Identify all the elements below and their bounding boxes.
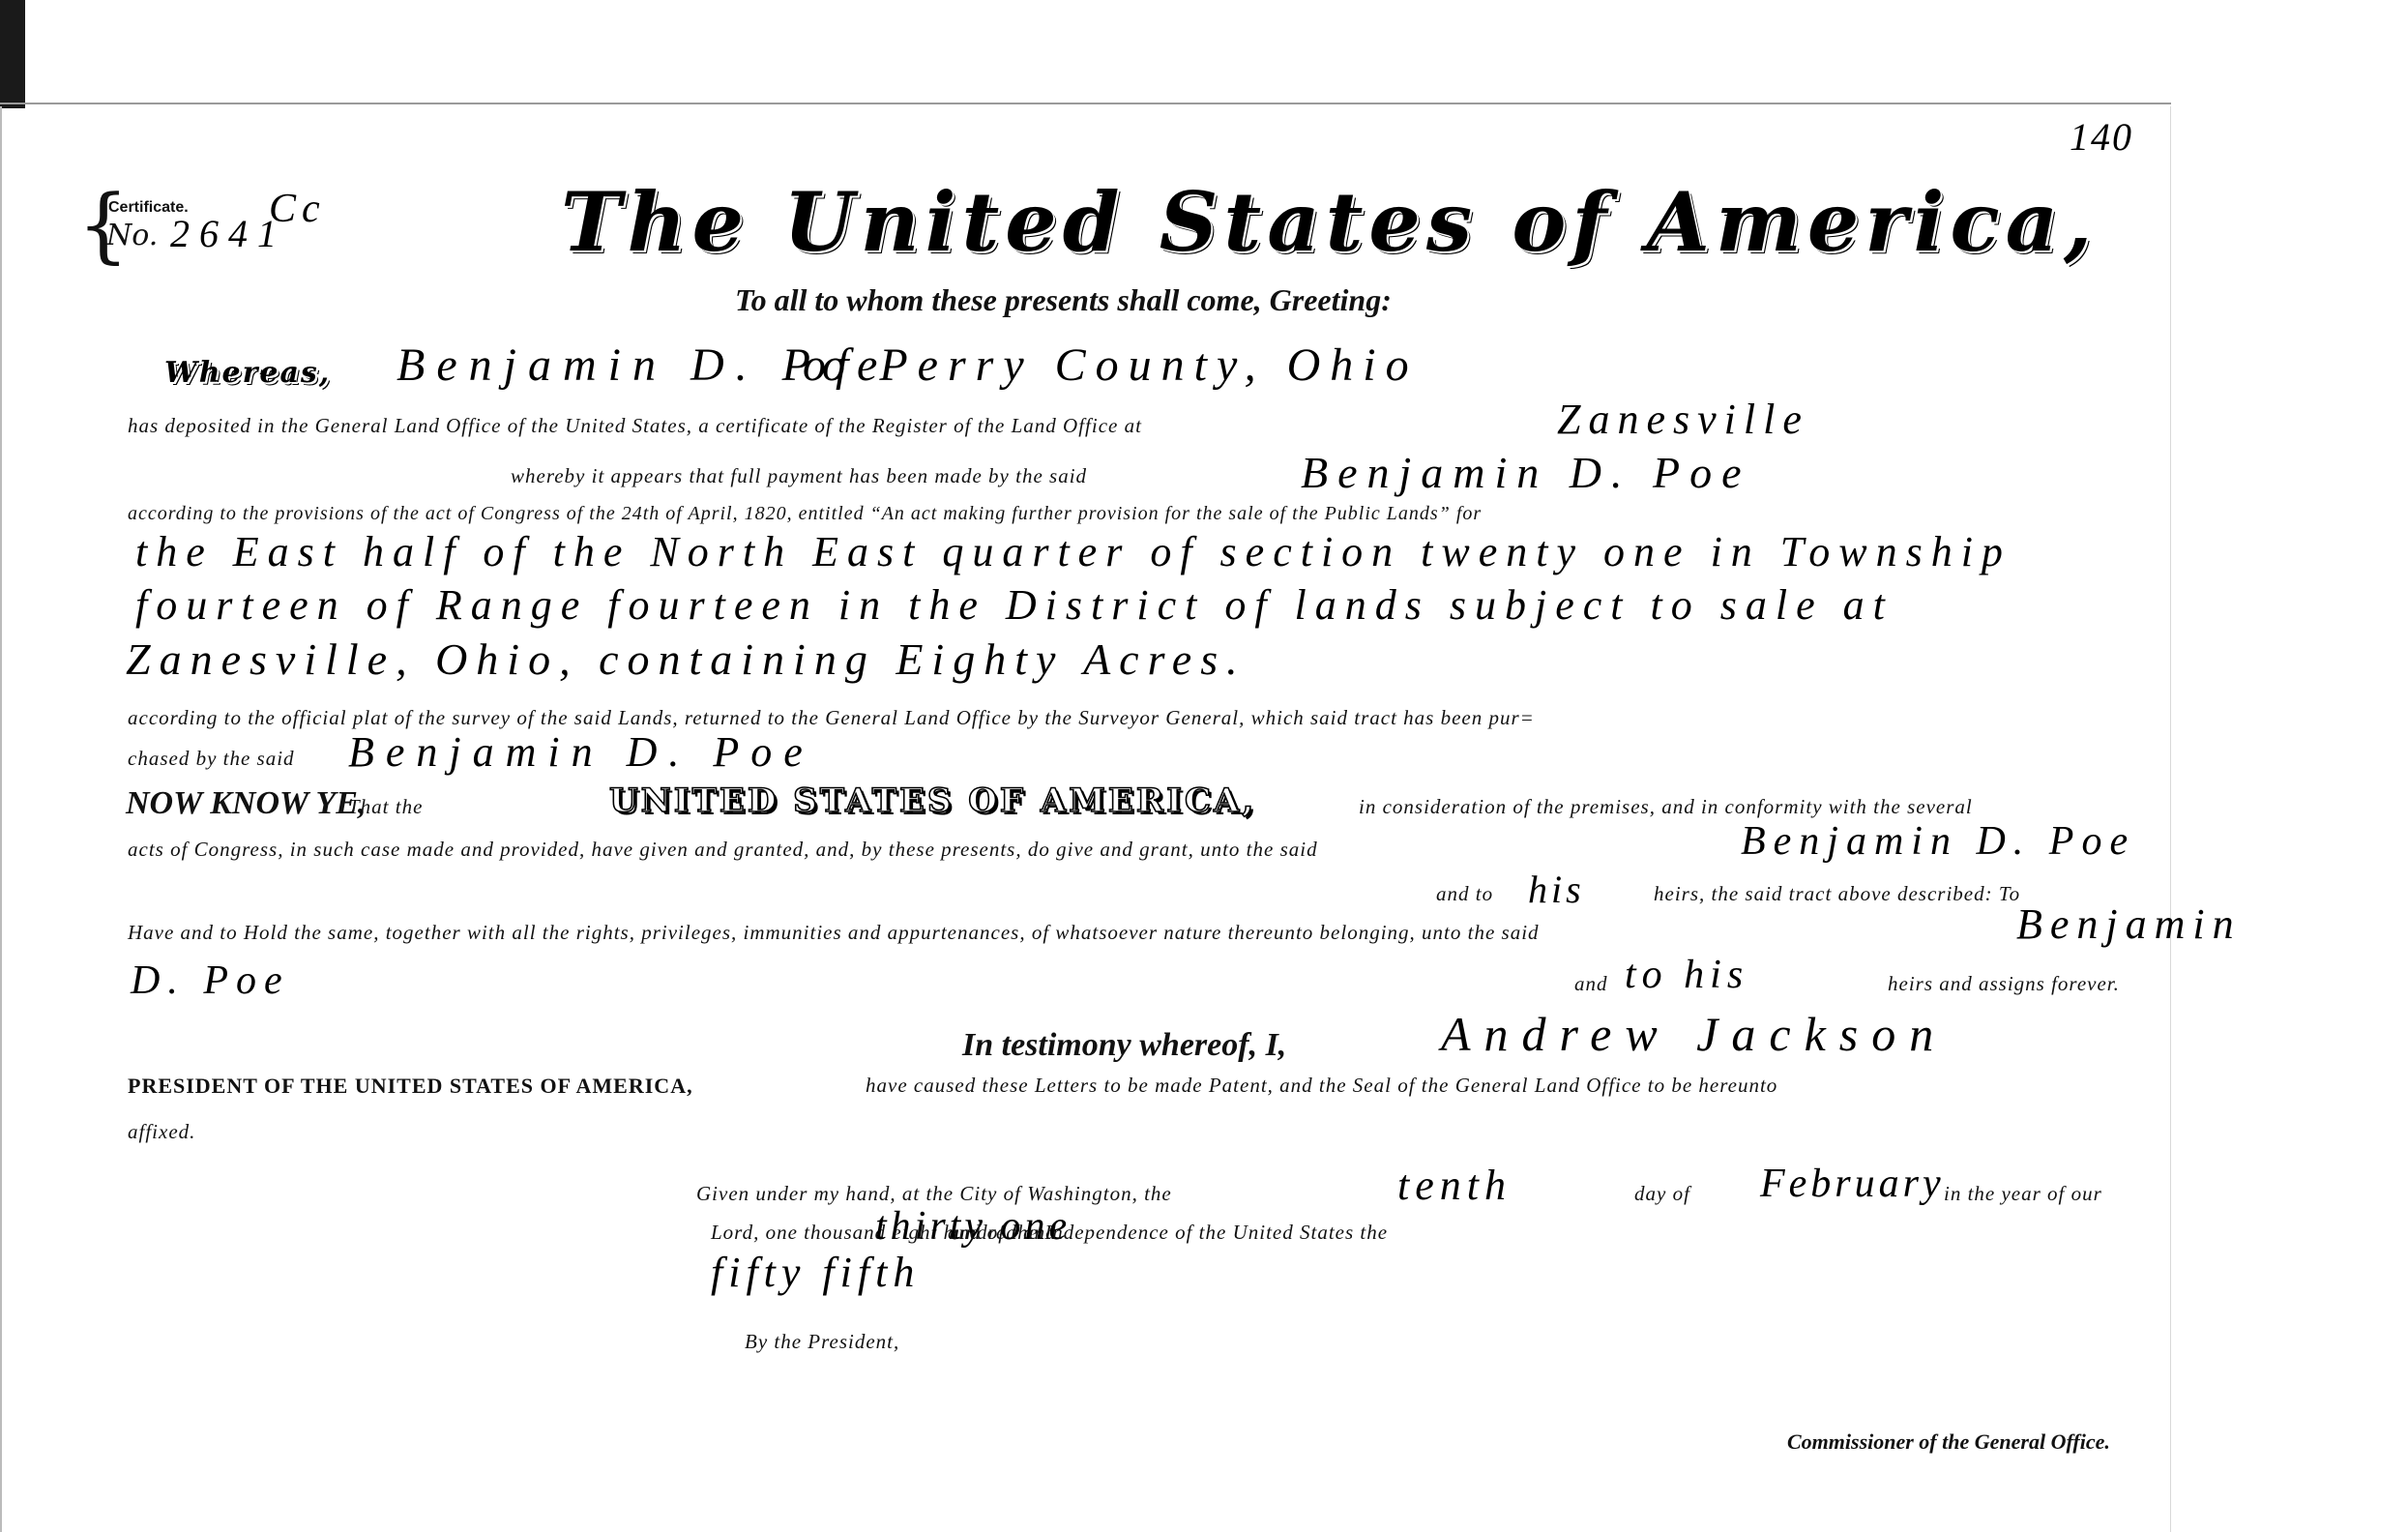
assigns-pronoun: to his bbox=[1625, 952, 1748, 998]
deposit-line: has deposited in the General Land Office… bbox=[128, 414, 1142, 438]
assigns-prefix: and bbox=[1574, 972, 1608, 996]
page-right-edge bbox=[2170, 106, 2171, 1532]
purchased-by-line: chased by the said bbox=[128, 747, 295, 771]
have-hold-name: Benjamin bbox=[2016, 899, 2242, 949]
assigns-suffix: heirs and assigns forever. bbox=[1888, 972, 2120, 996]
act-of-congress-line: according to the provisions of the act o… bbox=[128, 503, 1482, 525]
certificate-number-prefix: No. bbox=[106, 219, 158, 252]
usa-caps-heading: UNITED STATES OF AMERICA, bbox=[609, 781, 1256, 820]
whereas-label: Whereas, bbox=[164, 356, 331, 390]
scan-fold-line bbox=[0, 103, 2171, 104]
have-and-hold-line: Have and to Hold the same, together with… bbox=[128, 921, 1540, 945]
affixed-text: affixed. bbox=[128, 1120, 195, 1144]
independence-text: and of the Independence of the United St… bbox=[948, 1221, 1388, 1245]
survey-plat-line: according to the official plat of the su… bbox=[128, 706, 1535, 730]
day-of-text: day of bbox=[1634, 1182, 1690, 1206]
independence-year-value: fifty fifth bbox=[711, 1248, 920, 1297]
payment-name: Benjamin D. Poe bbox=[1301, 447, 1751, 498]
consideration-text: in consideration of the premises, and in… bbox=[1359, 795, 1973, 819]
document-title: The United States of America, bbox=[561, 174, 2098, 270]
purchaser-name: Benjamin D. Poe bbox=[348, 727, 814, 777]
grantee-residence: of Perry County, Ohio bbox=[803, 339, 1419, 392]
heirs-suffix: heirs, the said tract above described: T… bbox=[1654, 882, 2020, 906]
acts-of-congress-line: acts of Congress, in such case made and … bbox=[128, 838, 1318, 862]
by-the-president-text: By the President, bbox=[745, 1330, 899, 1354]
page-number: 140 bbox=[2070, 114, 2133, 160]
heirs-prefix: and to bbox=[1436, 882, 1493, 906]
testimony-label: In testimony whereof, I, bbox=[962, 1027, 1286, 1064]
now-know-ye-label: NOW KNOW YE, bbox=[126, 785, 366, 822]
letters-patent-line: have caused these Letters to be made Pat… bbox=[866, 1074, 1777, 1098]
tract-line-3: Zanesville, Ohio, containing Eighty Acre… bbox=[126, 633, 1247, 685]
have-hold-name-continued: D. Poe bbox=[131, 957, 290, 1004]
tract-line-1: the East half of the North East quarter … bbox=[135, 527, 2012, 576]
scan-edge-artifact bbox=[0, 0, 25, 108]
grant-name: Benjamin D. Poe bbox=[1741, 818, 2135, 865]
month-value: February bbox=[1760, 1161, 1945, 1207]
page-left-edge bbox=[0, 106, 2, 1532]
president-caps-line: PRESIDENT OF THE UNITED STATES OF AMERIC… bbox=[128, 1074, 693, 1099]
payment-line: whereby it appears that full payment has… bbox=[511, 464, 1087, 488]
commissioner-label: Commissioner of the General Office. bbox=[1787, 1429, 2110, 1455]
president-signature: Andrew Jackson bbox=[1441, 1006, 1947, 1062]
given-line-suffix: in the year of our bbox=[1944, 1182, 2102, 1206]
greeting: To all to whom these presents shall come… bbox=[735, 282, 1392, 318]
certificate-annotation: Cc bbox=[269, 186, 326, 232]
day-value: tenth bbox=[1397, 1161, 1512, 1210]
land-office-name: Zanesville bbox=[1557, 395, 1809, 444]
heirs-pronoun: his bbox=[1528, 867, 1585, 912]
tract-line-2: fourteen of Range fourteen in the Distri… bbox=[135, 580, 1894, 630]
that-the-text: That the bbox=[348, 795, 423, 819]
